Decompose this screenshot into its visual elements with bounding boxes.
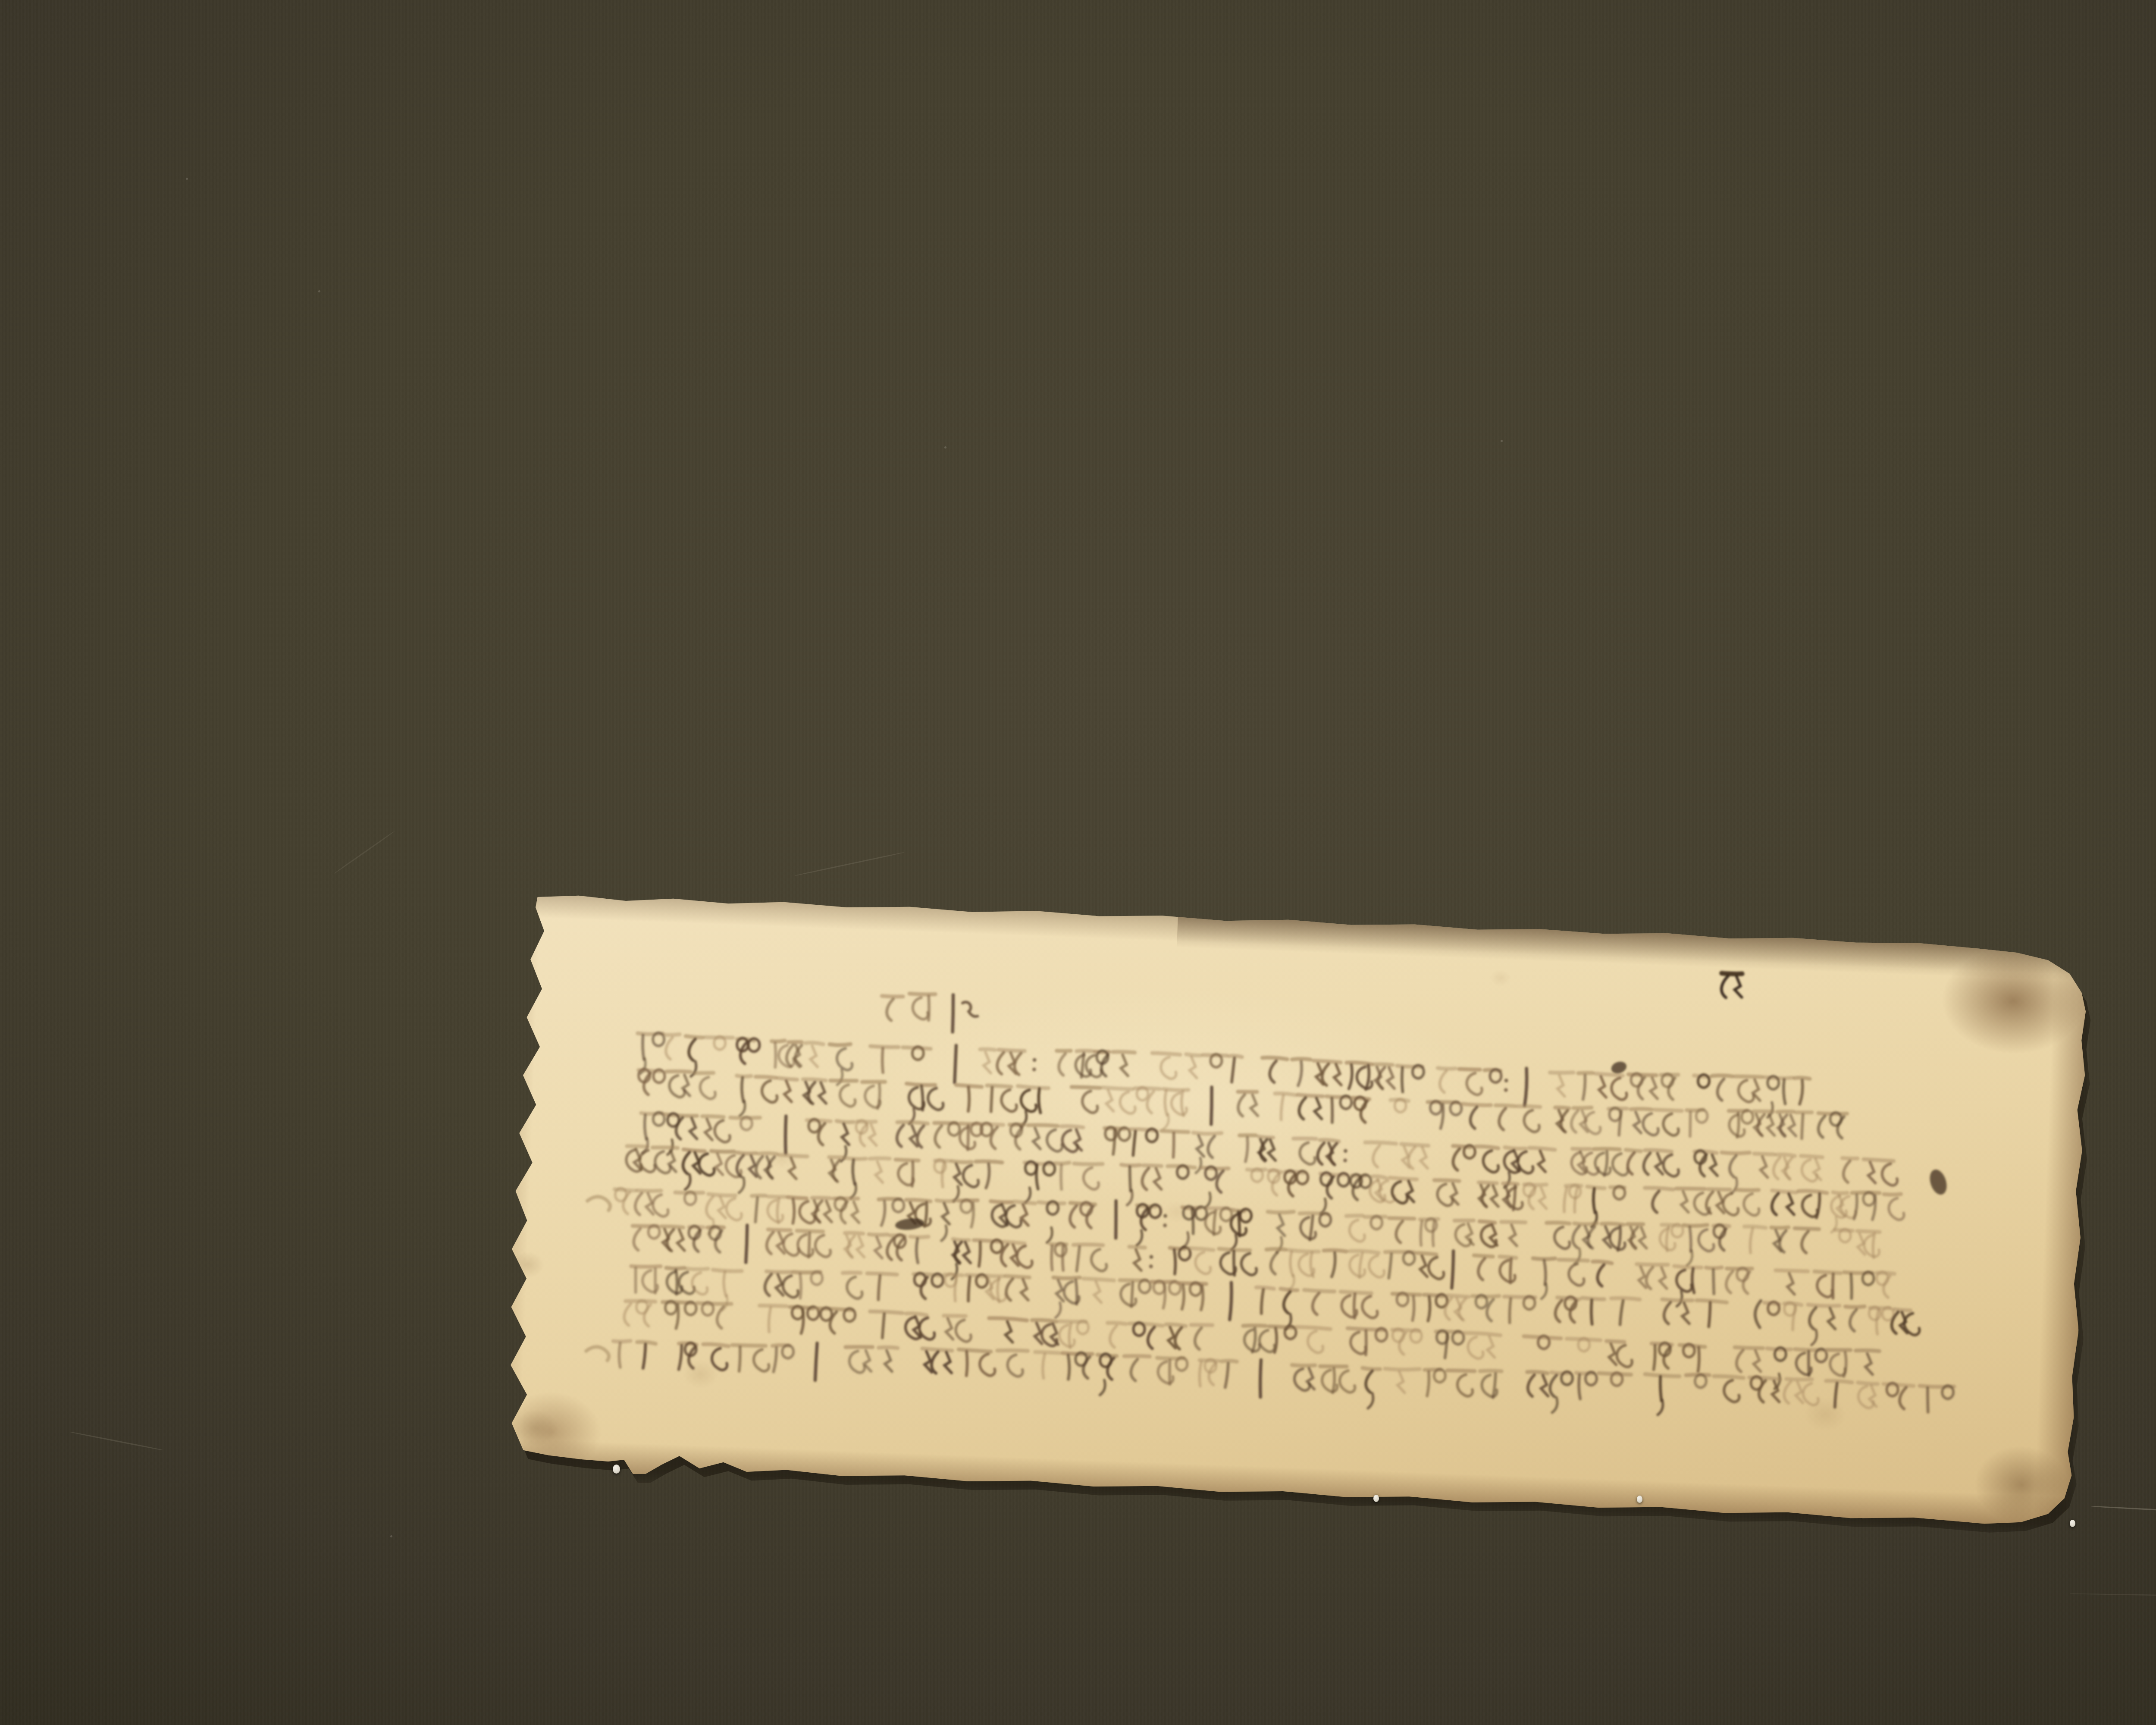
text-line <box>623 1299 1880 1393</box>
pin-speck <box>2070 1520 2075 1527</box>
scratch-mark <box>334 831 395 874</box>
folio-mark-right <box>1721 973 1743 998</box>
dust-speck <box>390 1535 392 1537</box>
pin-speck <box>1373 1495 1379 1502</box>
manuscript-photograph: ম্ন ।৪ ষা দমতিযজ্ঞং হুকাময়ং কৃতং ৷ ধূমা… <box>0 0 2156 1725</box>
pin-speck <box>613 1465 620 1474</box>
scratch-mark <box>2070 1593 2156 1601</box>
scratch-mark <box>795 852 905 876</box>
handwritten-ink-layer <box>494 889 2093 1527</box>
dust-speck <box>318 290 320 292</box>
manuscript-page <box>494 889 2093 1527</box>
scratch-mark <box>70 1431 163 1451</box>
folio-mark-left <box>881 992 978 1033</box>
pin-speck <box>1637 1496 1642 1503</box>
dust-speck <box>186 178 188 180</box>
scratch-mark <box>2091 1505 2156 1512</box>
dust-speck <box>944 446 946 448</box>
dust-speck <box>1501 440 1503 442</box>
text-line <box>637 1066 1847 1159</box>
